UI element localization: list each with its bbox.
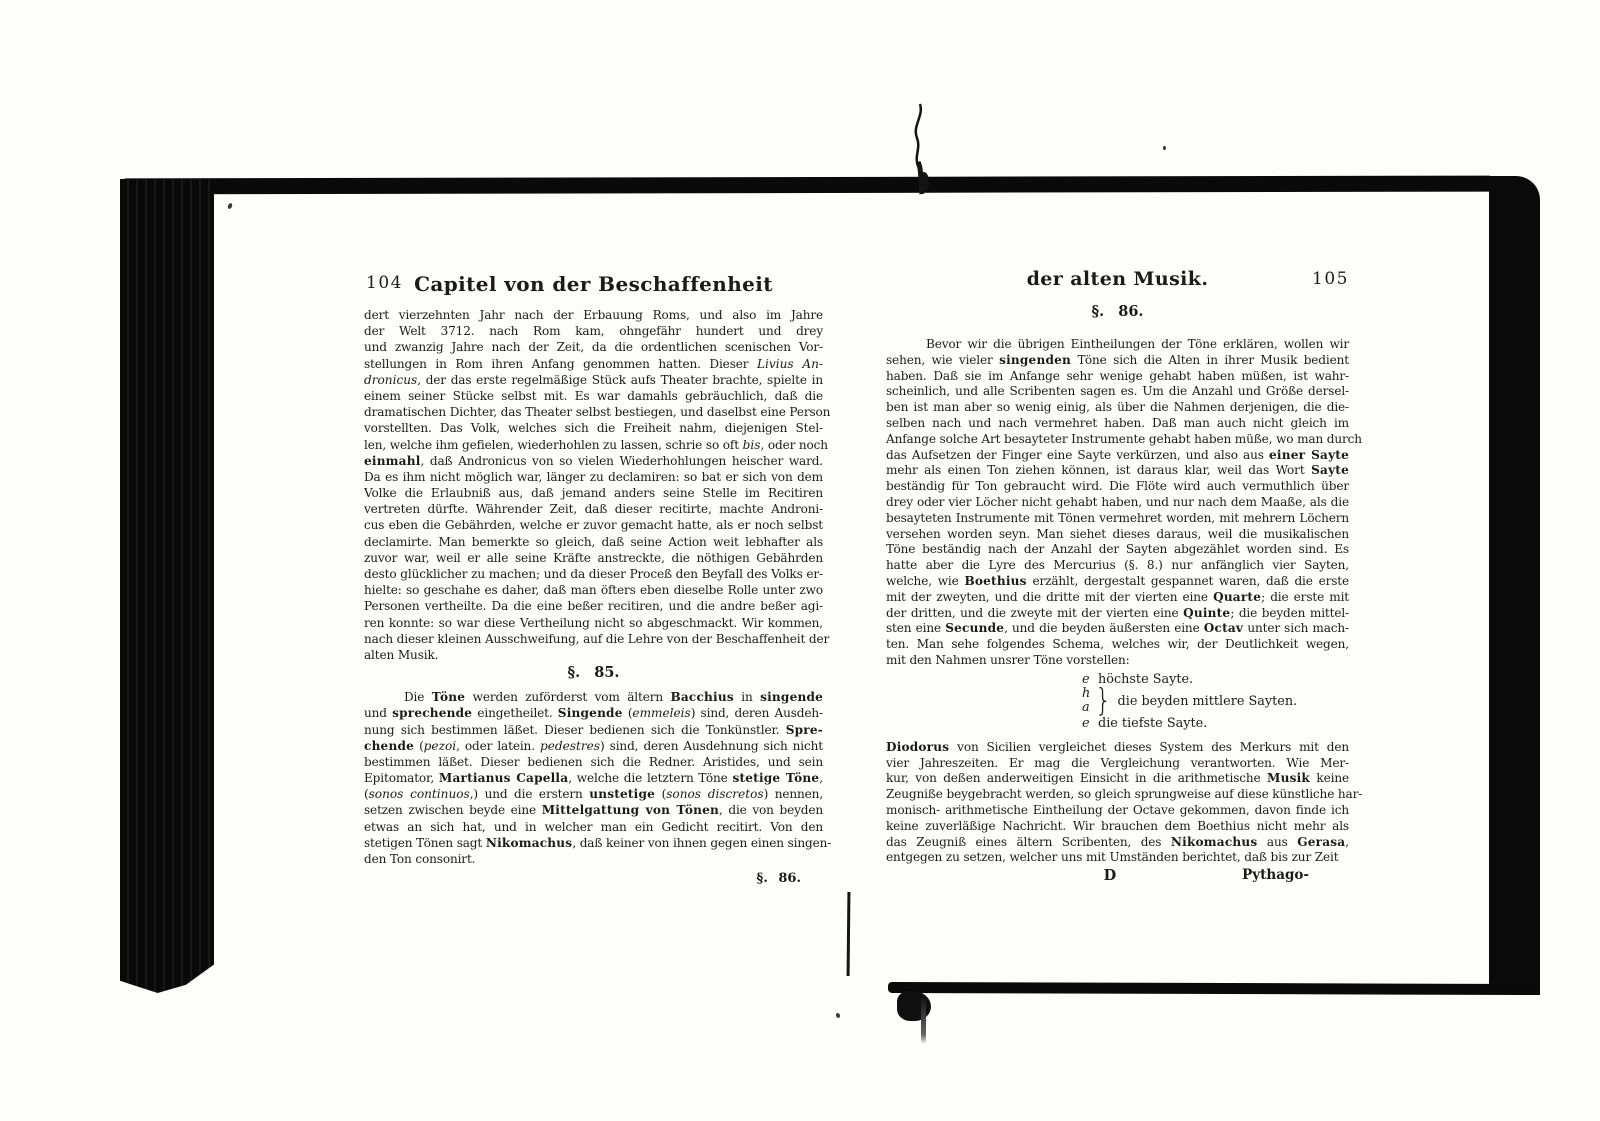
catchword: Pythago- [1242,867,1309,883]
scan-speck [835,1012,840,1018]
text-line: bestimmen läßet. Dieser bedienen sich di… [364,754,823,770]
page-number: 105 [1312,269,1349,289]
schema-row-bottom: edie tiefste Sayte. [1082,716,1349,731]
text-line: vier Jahreszeiten. Er mag die Vergleichu… [886,756,1349,772]
schema-row-middle: h a } die beyden mittlere Sayten. [1082,687,1349,716]
text-line: zuvor war, weil er alle seine Kräfte ans… [364,550,823,566]
text-line: monisch- arithmetische Eintheilung der O… [886,803,1349,819]
text-line: alten Musik. [364,647,823,663]
scan-speck [1163,146,1166,150]
signature-row: D Pythago- [886,867,1349,885]
text-line: hatte aber die Lyre des Mercurius (§. 8.… [886,558,1349,574]
text-line: setzen zwischen beyde eine Mittelgattung… [364,802,823,818]
text-line: nung sich bestimmen läßet. Dieser bedien… [364,722,823,738]
text-line: versehen worden seyn. Man siehet dieses … [886,527,1349,543]
text-line: Die Töne werden zuförderst vom ältern Ba… [364,689,823,705]
section-heading-85: §. 85. [364,665,823,681]
text-line: drey oder vier Löcher nicht gehabt haben… [886,495,1349,511]
paragraph-diodorus: Diodorus von Sicilien vergleichet dieses… [886,740,1349,866]
text-line: stellungen in Rom ihren Anfang genommen … [364,356,823,372]
text-line: nach dieser kleinen Ausschweifung, auf d… [364,631,823,647]
text-line: scheinlich, und alle Scribenten sagen es… [886,384,1349,400]
text-line: vorstellten. Das Volk, welches sich die … [364,420,823,436]
text-line: ben ist man aber so wenig einig, als übe… [886,400,1349,416]
text-line: vertreten dürfte. Währender Zeit, daß di… [364,501,823,517]
paragraph-continued: dert vierzehnten Jahr nach der Erbauung … [364,307,823,663]
text-line: einem seiner Stücke selbst mit. Es war d… [364,388,823,404]
text-line: cus eben die Gebährden, welche er zuvor … [364,517,823,533]
text-line: kur, von deßen anderweitigen Einsicht in… [886,771,1349,787]
brace-glyph: } [1095,683,1112,719]
text-line: einmahl, daß Andronicus von so vielen Wi… [364,453,823,469]
text-line: sten eine Secunde, und die beyden äußers… [886,621,1349,637]
page-header: der alten Musik. 105 [886,268,1349,292]
text-line: hielte: so geschahe es daher, daß man öf… [364,582,823,598]
text-line: (sonos continuos,) und die erstern unste… [364,786,823,802]
text-line: und sprechende eingetheilet. Singende (e… [364,705,823,721]
schema-label: die tiefste Sayte. [1098,716,1207,731]
text-line: und zwanzig Jahre nach der Zeit, da die … [364,339,823,355]
text-line: dronicus, der das erste regelmäßige Stüc… [364,372,823,388]
scan-speck [227,202,233,209]
text-line: Diodorus von Sicilien vergleichet dieses… [886,740,1349,756]
page-header: 104 Capitel von der Beschaffenheit [364,272,823,296]
book-edge-left [120,179,214,993]
text-line: Epitomator, Martianus Capella, welche di… [364,770,823,786]
text-line: ten. Man sehe folgendes Schema, welches … [886,637,1349,653]
text-line: besayteten Instrumente mit Tönen vermehr… [886,511,1349,527]
text-line: etwas an sich hat, und in welcher man ei… [364,819,823,835]
text-line: desto glücklicher zu machen; und da dies… [364,566,823,582]
text-line: keine zuverläßige Nachricht. Wir brauche… [886,819,1349,835]
lyre-string-schema: ehöchste Sayte. h a } die beyden mittler… [1082,672,1349,731]
text-line: welche, wie Boethius erzählt, dergestalt… [886,574,1349,590]
page-104: 104 Capitel von der Beschaffenheit dert … [364,272,823,886]
text-line: stetigen Tönen sagt Nikomachus, daß kein… [364,835,823,851]
text-line: der dritten, und die zweyte mit der vier… [886,606,1349,622]
running-title: der alten Musik. [886,268,1349,290]
text-line: beständig für Ton gebraucht wird. Die Fl… [886,479,1349,495]
text-line: den Ton consonirt. [364,851,823,867]
scan-scratch-mark [903,102,945,196]
page-105: der alten Musik. 105 §. 86. Bevor wir di… [886,268,1349,885]
text-line: Bevor wir die übrigen Eintheilungen der … [886,337,1349,353]
text-line: das Zeugniß eines ältern Scribenten, des… [886,835,1349,851]
gutter-shadow-line [847,892,851,976]
book-edge-right [1489,176,1540,989]
paragraph-section-85: Die Töne werden zuförderst vom ältern Ba… [364,689,823,867]
catchword: §. 86. [364,871,823,886]
text-line: len, welche ihm gefielen, wiederhohlen z… [364,437,823,453]
text-line: sehen, wie vieler singenden Töne sich di… [886,353,1349,369]
text-line: mit den Nahmen unsrer Töne vorstellen: [886,653,1349,669]
running-title: Capitel von der Beschaffenheit [364,272,823,296]
text-line: Zeugniße beygebracht werden, so gleich s… [886,787,1349,803]
signature-mark: D [1104,867,1117,884]
text-line: Volke die Erlaubniß aus, daß jemand ande… [364,485,823,501]
paragraph-section-86: Bevor wir die übrigen Eintheilungen der … [886,337,1349,669]
schema-label: höchste Sayte. [1098,672,1193,687]
text-line: der Welt 3712. nach Rom kam, ohngefähr h… [364,323,823,339]
text-line: declamirte. Man bemerkte so gleich, daß … [364,534,823,550]
text-line: haben. Daß sie im Anfange sehr wenige ge… [886,369,1349,385]
text-line: Anfange solche Art besayteter Instrument… [886,432,1349,448]
text-line: selben nach und nach vermehret haben. Da… [886,416,1349,432]
ink-drip-artifact [921,998,926,1044]
text-line: dramatischen Dichter, das Theater selbst… [364,404,823,420]
text-line: ren konnte: so war diese Vertheilung nic… [364,615,823,631]
text-line: Töne beständig nach der Anzahl der Sayte… [886,542,1349,558]
text-line: Da es ihm nicht möglich war, länger zu d… [364,469,823,485]
section-heading-86: §. 86. [886,304,1349,320]
schema-label: die beyden mittlere Sayten. [1118,694,1298,709]
text-line: das Aufsetzen der Finger eine Sayte verk… [886,448,1349,464]
text-line: mit der zweyten, und die dritte mit der … [886,590,1349,606]
book-edge-bottom-right [888,982,1540,995]
text-line: mehr als einen Ton ziehen können, ist da… [886,463,1349,479]
text-line: chende (pezoi, oder latein. pedestres) s… [364,738,823,754]
text-line: Personen vertheilte. Da die eine beßer r… [364,598,823,614]
book-edge-top [123,176,1491,195]
text-line: entgegen zu setzen, welcher uns mit Umst… [886,850,1349,866]
text-line: dert vierzehnten Jahr nach der Erbauung … [364,307,823,323]
schema-row-top: ehöchste Sayte. [1082,672,1349,687]
page-number: 104 [366,273,403,293]
